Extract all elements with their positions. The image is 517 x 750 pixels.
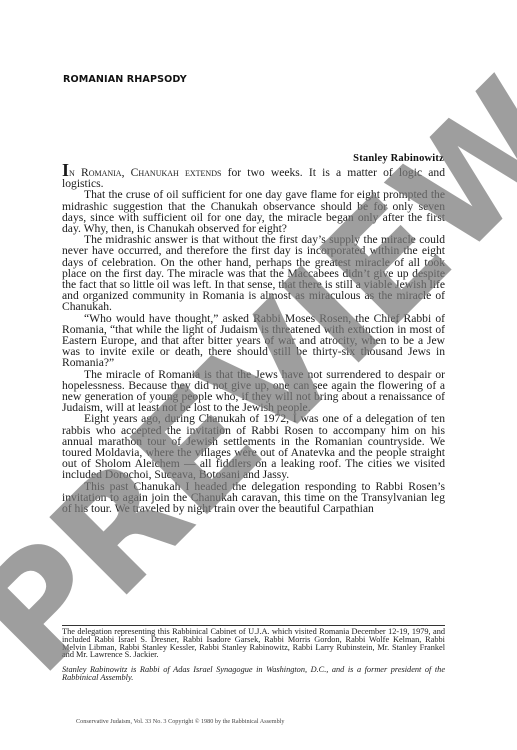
article-title: ROMANIAN RHAPSODY	[63, 74, 187, 85]
author-bio: Stanley Rabinowitz is Rabbi of Adas Isra…	[62, 666, 445, 682]
paragraph: The midrashic answer is that without the…	[62, 234, 445, 312]
article-body: In Romania, Chanukah extends for two wee…	[62, 165, 445, 514]
footnote: The delegation representing this Rabbini…	[62, 628, 445, 659]
lead-paragraph: In Romania, Chanukah extends for two wee…	[62, 165, 445, 189]
paragraph: The miracle of Romania is that the Jews …	[62, 369, 445, 414]
copyright-line: Conservative Judaism, Vol. 33 No. 3 Copy…	[76, 718, 284, 725]
paragraph: That the cruse of oil sufficient for one…	[62, 189, 445, 234]
paragraph: This past Chanukah I headed the delegati…	[62, 481, 445, 515]
paragraph: “Who would have thought,” asked Rabbi Mo…	[62, 313, 445, 369]
article-author: Stanley Rabinowitz	[353, 153, 444, 164]
document-page: ROMANIAN RHAPSODY Stanley Rabinowitz In …	[0, 0, 517, 750]
footnote-divider	[62, 625, 445, 626]
paragraph: Eight years ago, during Chanukah of 1972…	[62, 413, 445, 480]
